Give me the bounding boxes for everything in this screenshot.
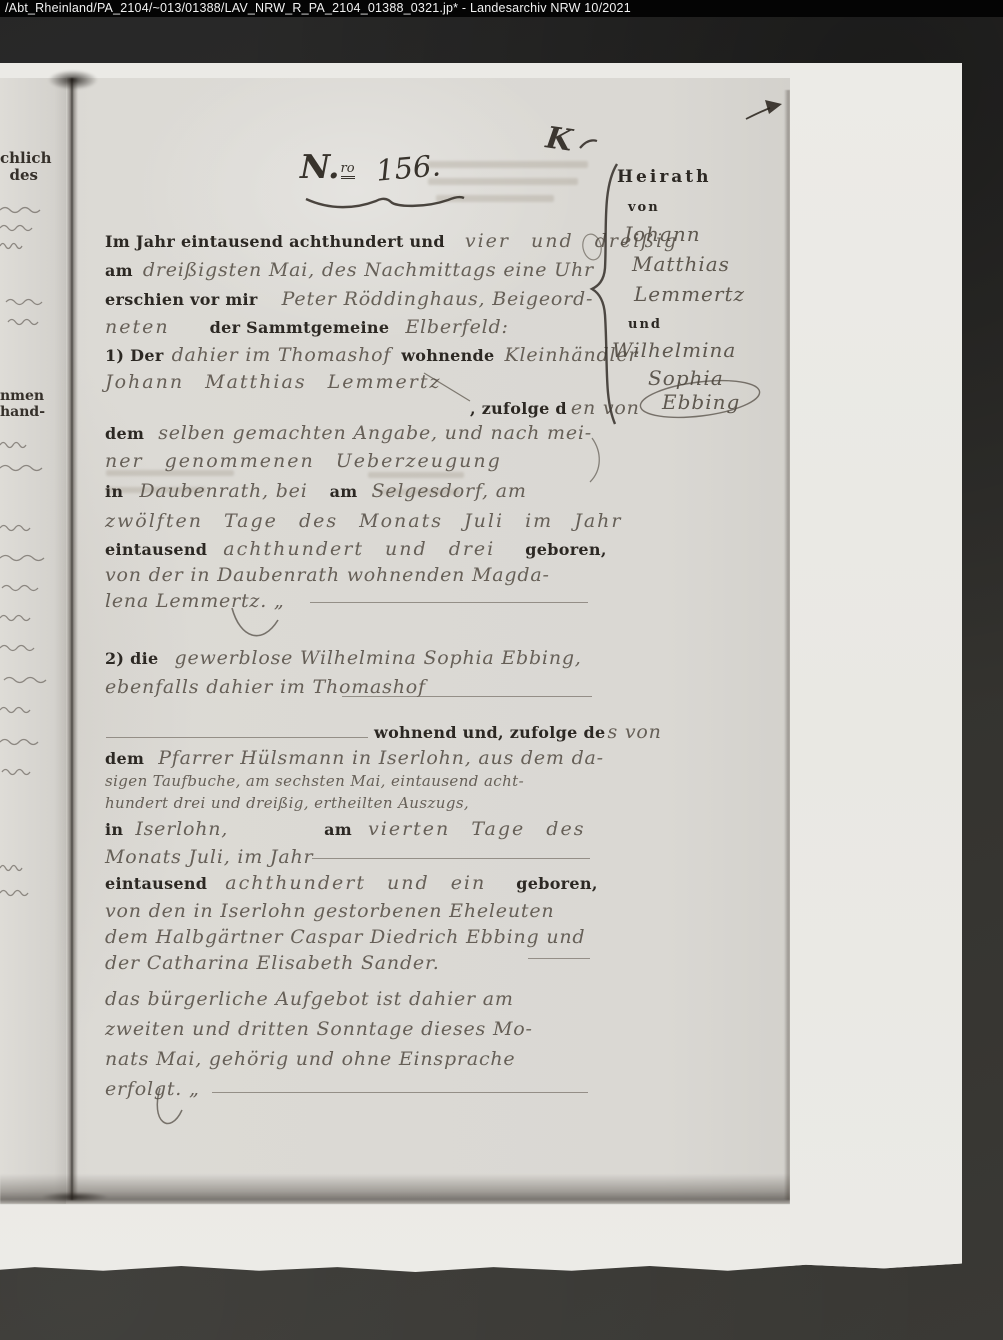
handwritten-text: Monats Juli, im Jahr (105, 846, 313, 868)
document-line: eintausendachthundert und eingeboren, (105, 872, 598, 894)
handwritten-text: en von (571, 397, 640, 419)
left-page-fragment: des (0, 166, 38, 184)
form-rule-line (106, 737, 368, 738)
printed-form-text: am (330, 482, 358, 501)
handwritten-text: dahier im Thomashof (172, 344, 392, 366)
handwritten-text: dreißigsten Mai, des Nachmittags eine Uh… (143, 259, 594, 281)
printed-form-text: geboren, (516, 874, 597, 893)
handwritten-text: dem Halbgärtner Caspar Diedrich Ebbing u… (105, 926, 585, 948)
handwritten-text: Iserlohn, (135, 818, 228, 840)
handwritten-text: Daubenrath, bei (139, 480, 307, 502)
handwritten-text: hundert drei und dreißig, ertheilten Aus… (105, 794, 469, 812)
handwritten-text: von den in Iserlohn gestorbenen Eheleute… (105, 900, 554, 922)
document-line: inIserlohn,amvierten Tage des (105, 818, 585, 840)
printed-form-text: , zufolge d (470, 399, 567, 418)
document-line: der Catharina Elisabeth Sander. (105, 952, 440, 974)
document-line: das bürgerliche Aufgebot ist dahier am (105, 988, 514, 1010)
handwritten-text: sigen Taufbuche, am sechsten Mai, eintau… (105, 772, 524, 790)
printed-form-text: der Sammtgemeine (210, 318, 390, 337)
document-line: ebenfalls dahier im Thomashof (105, 676, 426, 698)
printed-form-text: eintausend (105, 540, 207, 559)
document-line: , zufolge den von (470, 397, 640, 419)
printed-form-text: erschien vor mir (105, 290, 258, 309)
handwritten-text: zweiten und dritten Sonntage dieses Mo- (105, 1018, 533, 1040)
left-page-fragment: nmen (0, 388, 60, 404)
handwritten-text: Kleinhändler (505, 344, 639, 366)
handwritten-text: neten (105, 316, 170, 338)
handwritten-text: achthundert und ein (225, 872, 486, 894)
handwritten-text: gewerblose Wilhelmina Sophia Ebbing, (175, 647, 582, 669)
form-rule-line (212, 1092, 588, 1093)
document-line: amdreißigsten Mai, des Nachmittags eine … (105, 259, 594, 281)
form-rule-line (310, 602, 588, 603)
document-line: demPfarrer Hülsmann in Iserlohn, aus dem… (105, 747, 604, 769)
handwritten-text: vierten Tage des (368, 818, 585, 840)
handwritten-text: ner genommenen Ueberzeugung (105, 450, 502, 472)
handwritten-text: der Catharina Elisabeth Sander. (105, 952, 440, 974)
printed-form-text: dem (105, 749, 144, 768)
document-line: von den in Iserlohn gestorbenen Eheleute… (105, 900, 554, 922)
handwritten-text: Elberfeld: (405, 316, 508, 338)
handwritten-text: erfolgt. „ (105, 1078, 200, 1100)
handwritten-text: Johann Matthias Lemmertz (105, 371, 441, 393)
document-line: inDaubenrath, beiamSelgesdorf, am (105, 480, 527, 502)
form-rule-line (312, 858, 590, 859)
document-line: hundert drei und dreißig, ertheilten Aus… (105, 794, 469, 812)
document-line: wohnend und, zufolge des von (374, 721, 662, 743)
document-line: netender SammtgemeineElberfeld: (105, 316, 509, 338)
handwritten-text: vier und dreißig (465, 230, 678, 252)
form-rule-line (342, 696, 592, 697)
document-line: erfolgt. „ (105, 1078, 200, 1100)
document-line: zwölften Tage des Monats Juli im Jahr (105, 510, 622, 532)
printed-form-text: in (105, 482, 123, 501)
handwritten-text: s von (607, 721, 661, 743)
printed-form-text: Im Jahr eintausend achthundert und (105, 232, 445, 251)
handwritten-text: selben gemachten Angabe, und nach mei- (158, 422, 592, 444)
document-line: erschien vor mirPeter Röddinghaus, Beige… (105, 288, 593, 310)
document-line: nats Mai, gehörig und ohne Einsprache (105, 1048, 515, 1070)
document-line: ner genommenen Ueberzeugung (105, 450, 502, 472)
printed-form-text: am (324, 820, 352, 839)
printed-form-text: dem (105, 424, 144, 443)
handwritten-text: Pfarrer Hülsmann in Iserlohn, aus dem da… (158, 747, 604, 769)
document-line: Im Jahr eintausend achthundert undvier u… (105, 230, 678, 252)
document-line: dem Halbgärtner Caspar Diedrich Ebbing u… (105, 926, 585, 948)
left-page-fragment: hand- (0, 404, 60, 420)
handwritten-text: ebenfalls dahier im Thomashof (105, 676, 426, 698)
handwritten-text: Peter Röddinghaus, Beigeord- (282, 288, 594, 310)
printed-form-text: wohnende (401, 346, 494, 365)
printed-form-text: 1) Der (105, 346, 164, 365)
document-text-layer: Im Jahr eintausend achthundert undvier u… (0, 0, 1003, 1340)
document-line: zweiten und dritten Sonntage dieses Mo- (105, 1018, 533, 1040)
document-line: demselben gemachten Angabe, und nach mei… (105, 422, 592, 444)
form-rule-line (528, 958, 590, 959)
document-line: von der in Daubenrath wohnenden Magda- (105, 564, 550, 586)
document-line: Johann Matthias Lemmertz (105, 371, 441, 393)
document-line: eintausendachthundert und dreigeboren, (105, 538, 607, 560)
handwritten-text: Selgesdorf, am (372, 480, 527, 502)
document-line: Monats Juli, im Jahr (105, 846, 313, 868)
handwritten-text: das bürgerliche Aufgebot ist dahier am (105, 988, 514, 1010)
handwritten-text: nats Mai, gehörig und ohne Einsprache (105, 1048, 515, 1070)
image-viewer-window: { "titlebar": { "text": "/Abt_Rheinland/… (0, 0, 1003, 1340)
printed-form-text: eintausend (105, 874, 207, 893)
printed-form-text: wohnend und, zufolge de (374, 723, 605, 742)
printed-form-text: 2) die (105, 649, 159, 668)
printed-form-text: in (105, 820, 123, 839)
left-page-fragment: chlich (0, 149, 38, 167)
printed-form-text: geboren, (525, 540, 606, 559)
document-line: sigen Taufbuche, am sechsten Mai, eintau… (105, 772, 524, 790)
document-line: lena Lemmertz. „ (105, 590, 285, 612)
handwritten-text: zwölften Tage des Monats Juli im Jahr (105, 510, 622, 532)
handwritten-text: von der in Daubenrath wohnenden Magda- (105, 564, 550, 586)
handwritten-text: lena Lemmertz. „ (105, 590, 285, 612)
document-line: 2) diegewerblose Wilhelmina Sophia Ebbin… (105, 647, 582, 669)
handwritten-text: achthundert und drei (223, 538, 495, 560)
document-line: 1) Derdahier im ThomashofwohnendeKleinhä… (105, 344, 638, 366)
printed-form-text: am (105, 261, 133, 280)
